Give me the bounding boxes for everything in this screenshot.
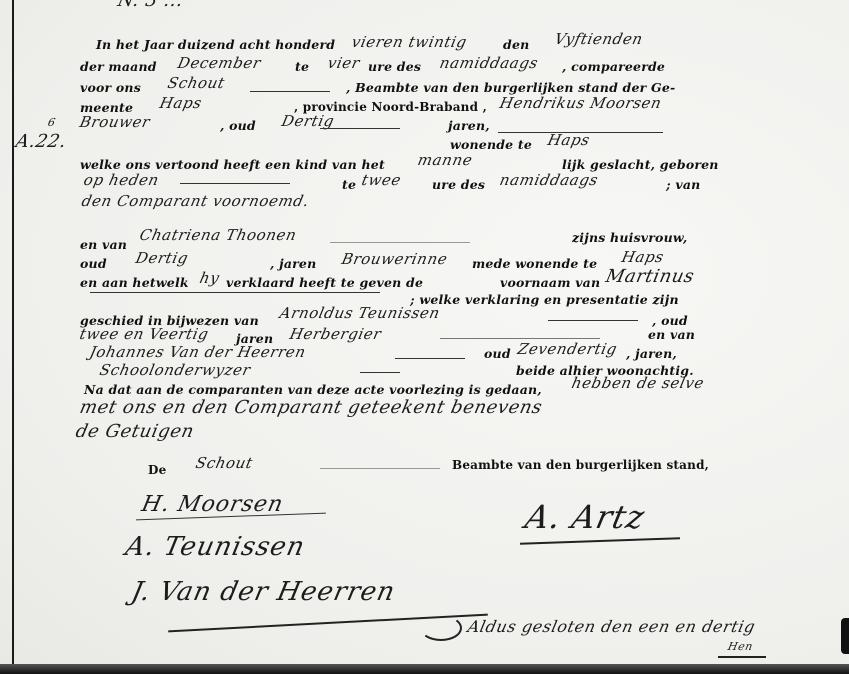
fill-line: [440, 338, 600, 339]
handwritten-sex: manne: [416, 151, 474, 169]
printed-text: en van: [80, 237, 127, 252]
printed-text: ure des: [368, 59, 421, 74]
printed-text: , jaren,: [626, 346, 677, 361]
printed-text: te: [295, 59, 309, 74]
printed-text: jaren,: [448, 118, 490, 133]
fill-line: [548, 320, 638, 321]
fill-line: [360, 372, 400, 373]
printed-text: , oud: [220, 118, 256, 133]
handwritten-birth-hour: twee: [360, 171, 403, 189]
closing-official-title: Schout: [194, 454, 254, 472]
ink-blot: [841, 618, 849, 654]
printed-text: , jaren: [270, 256, 316, 271]
handwritten-mother-name: Chatriena Thoonen: [138, 226, 298, 244]
flourish-mark: [420, 615, 462, 641]
printed-text: wonende te: [450, 137, 532, 152]
handwritten-mother-age: Dertig: [134, 249, 190, 267]
printed-text: te: [342, 177, 356, 192]
handwritten-witness1-age: twee en Veertig: [78, 325, 210, 343]
signature-father: H. Moorsen: [139, 492, 286, 517]
handwritten-text: de Getuigen: [74, 421, 196, 442]
document-page: N. 3 ... 6 A.22. In het Jaar duizend ach…: [0, 0, 849, 674]
printed-text: oud: [484, 346, 511, 361]
handwritten-time-of-day: namiddaags: [438, 54, 540, 72]
fill-line: [395, 358, 465, 359]
handwritten-mother-occupation: Brouwerinne: [340, 250, 449, 268]
printed-text: der maand: [80, 59, 157, 74]
handwritten-text: met ons en den Comparant geteekent benev…: [78, 397, 544, 418]
handwritten-month: December: [176, 54, 263, 72]
printed-text: , compareerde: [562, 59, 665, 74]
printed-text: ure des: [432, 177, 485, 192]
printed-text: en van: [648, 327, 695, 342]
fill-line: [320, 468, 440, 469]
printed-text: ; van: [666, 177, 700, 192]
page-edge: [0, 664, 849, 674]
handwritten-mother-residence: Haps: [620, 248, 666, 266]
handwritten-municipality: Haps: [158, 94, 204, 112]
printed-text: Na dat aan de comparanten van deze acte …: [84, 382, 542, 397]
fill-line: [320, 128, 400, 129]
margin-superscript: 6: [47, 116, 57, 129]
signature-witness1: A. Teunissen: [123, 532, 308, 562]
header-fragment: N. 3 ...: [116, 0, 186, 11]
printed-text: , oud: [652, 313, 688, 328]
handwritten-father-name: Hendrikus Moorsen: [498, 94, 663, 112]
fill-line: [180, 183, 290, 184]
footer-note-sub: Hen: [727, 640, 755, 653]
printed-text: en aan hetwelk: [80, 275, 189, 290]
handwritten-witness1-name: Arnoldus Teunissen: [278, 304, 442, 322]
printed-text: den: [503, 37, 529, 52]
closing-prefix: De: [148, 463, 166, 477]
handwritten-witness2-name: Johannes Van der Heerren: [88, 343, 307, 361]
printed-text: lijk geslacht, geboren: [562, 157, 719, 172]
printed-text: voornaam van: [500, 275, 600, 290]
signature-flourish: [520, 537, 680, 545]
margin-line: [12, 0, 14, 664]
handwritten-occupation: Brouwer: [78, 113, 152, 131]
handwritten-hour: vier: [326, 54, 362, 72]
handwritten-day: Vyftienden: [553, 30, 645, 48]
fill-line: [250, 91, 330, 92]
handwritten-year: vieren twintig: [350, 33, 469, 51]
printed-text: zijns huisvrouw,: [572, 230, 687, 245]
printed-text: voor ons: [80, 80, 141, 95]
handwritten-parent-ref: den Comparant voornoemd.: [80, 192, 311, 210]
handwritten-residence: Haps: [546, 131, 592, 149]
signature-witness2: J. Van der Heerren: [129, 577, 398, 607]
handwritten-witness2-occupation: Schoolonderwyzer: [98, 361, 252, 379]
handwritten-child-name: Martinus: [604, 266, 696, 287]
printed-text: verklaard heeft te geven de: [226, 275, 423, 290]
underline: [718, 656, 766, 658]
closing-suffix: Beambte van den burgerlijken stand,: [452, 458, 709, 472]
handwritten-text: hebben de selve: [570, 374, 706, 392]
handwritten-witness2-age: Zevendertig: [516, 340, 619, 358]
fill-line: [330, 242, 470, 243]
printed-text: In het Jaar duizend acht honderd: [96, 37, 335, 52]
printed-text: oud: [80, 256, 107, 271]
signature-official: A. Artz: [522, 498, 649, 536]
handwritten-witness1-occupation: Herbergier: [288, 325, 383, 343]
handwritten-official-title: Schout: [166, 74, 226, 92]
margin-note: A.22.: [14, 131, 69, 152]
printed-text: welke ons vertoond heeft een kind van he…: [80, 157, 385, 172]
printed-text: mede wonende te: [472, 256, 597, 271]
footer-note: Aldus gesloten den een en dertig: [466, 617, 757, 636]
printed-text: , Beambte van den burgerlijken stand der…: [346, 80, 675, 95]
printed-text: ; welke verklaring en presentatie zijn: [410, 292, 679, 307]
handwritten-declarant: hy: [198, 269, 221, 287]
handwritten-time-of-day: namiddaags: [498, 171, 600, 189]
fill-line: [90, 292, 380, 293]
handwritten-birth-day: op heden: [82, 171, 161, 189]
